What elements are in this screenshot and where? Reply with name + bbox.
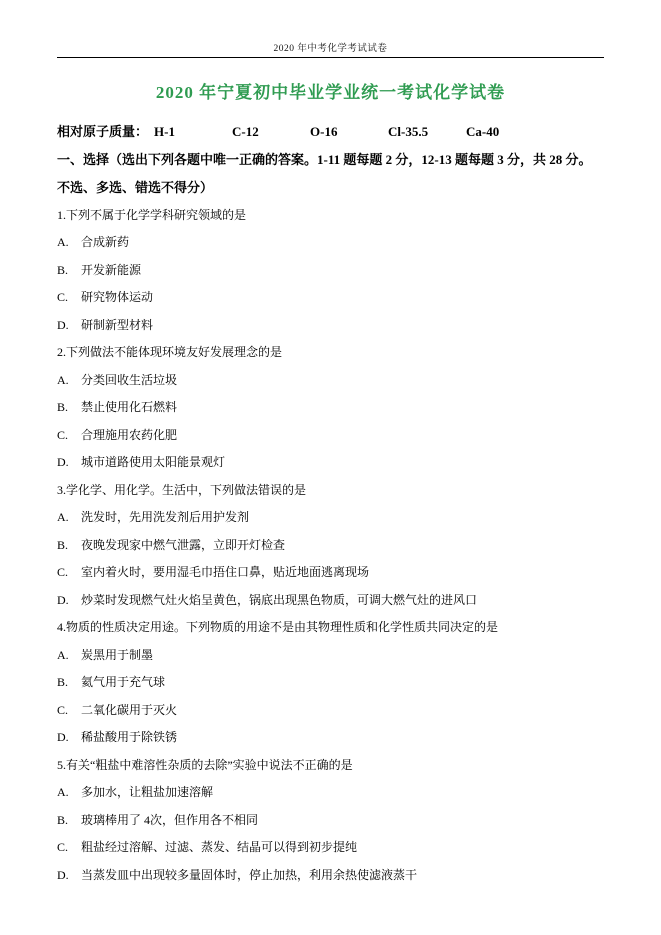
page-header-title: 2020 年中考化学考试试卷 (57, 40, 604, 54)
option-letter: B. (57, 669, 72, 697)
option-text: 洗发时，先用洗发剂后用护发剂 (81, 510, 249, 524)
option-letter: A. (57, 367, 72, 395)
option-text: 玻璃棒用了 4次，但作用各不相同 (81, 813, 258, 827)
question-5-option-a: A.多加水，让粗盐加速溶解 (57, 779, 604, 807)
question-3: 3.学化学、用化学。生活中，下列做法错误的是 A.洗发时，先用洗发剂后用护发剂 … (57, 477, 604, 615)
option-text: 城市道路使用太阳能景观灯 (81, 455, 225, 469)
question-5: 5.有关“粗盐中难溶性杂质的去除”实验中说法不正确的是 A.多加水，让粗盐加速溶… (57, 752, 604, 890)
question-2-option-d: D.城市道路使用太阳能景观灯 (57, 449, 604, 477)
option-text: 室内着火时，要用湿毛巾捂住口鼻，贴近地面逃离现场 (81, 565, 369, 579)
option-text: 稀盐酸用于除铁锈 (81, 730, 177, 744)
option-letter: B. (57, 532, 72, 560)
atomic-mass-value-cl: Cl-35.5 (388, 118, 466, 146)
option-letter: C. (57, 834, 72, 862)
option-text: 氦气用于充气球 (81, 675, 165, 689)
option-letter: B. (57, 807, 72, 835)
question-3-stem: 3.学化学、用化学。生活中，下列做法错误的是 (57, 477, 604, 505)
document-title: 2020 年宁夏初中毕业学业统一考试化学试卷 (57, 78, 604, 103)
question-1-stem: 1.下列不属于化学学科研究领域的是 (57, 202, 604, 230)
question-4-stem: 4.物质的性质决定用途。下列物质的用途不是由其物理性质和化学性质共同决定的是 (57, 614, 604, 642)
option-letter: B. (57, 394, 72, 422)
option-letter: D. (57, 587, 72, 615)
question-5-option-b: B.玻璃棒用了 4次，但作用各不相同 (57, 807, 604, 835)
option-text: 当蒸发皿中出现较多量固体时，停止加热，利用余热使滤液蒸干 (81, 868, 417, 882)
option-letter: C. (57, 697, 72, 725)
question-4-option-b: B.氦气用于充气球 (57, 669, 604, 697)
option-letter: B. (57, 257, 72, 285)
option-text: 炒菜时发现燃气灶火焰呈黄色，锅底出现黑色物质，可调大燃气灶的进风口 (81, 593, 477, 607)
question-2: 2.下列做法不能体现环境友好发展理念的是 A.分类回收生活垃圾 B.禁止使用化石… (57, 339, 604, 477)
header-divider (57, 57, 604, 58)
question-5-stem: 5.有关“粗盐中难溶性杂质的去除”实验中说法不正确的是 (57, 752, 604, 780)
question-5-option-d: D.当蒸发皿中出现较多量固体时，停止加热，利用余热使滤液蒸干 (57, 862, 604, 890)
atomic-mass-label: 相对原子质量： (57, 124, 148, 139)
section-heading-line2: 不选、多选、错选不得分） (57, 174, 604, 202)
question-1-option-a: A.合成新药 (57, 229, 604, 257)
question-3-option-b: B.夜晚发现家中燃气泄露，立即开灯检查 (57, 532, 604, 560)
option-text: 夜晚发现家中燃气泄露，立即开灯检查 (81, 538, 285, 552)
question-2-option-b: B.禁止使用化石燃料 (57, 394, 604, 422)
option-text: 多加水，让粗盐加速溶解 (81, 785, 213, 799)
option-letter: D. (57, 312, 72, 340)
option-letter: D. (57, 862, 72, 890)
atomic-mass-value-h: H-1 (154, 118, 232, 146)
option-letter: A. (57, 504, 72, 532)
question-3-option-a: A.洗发时，先用洗发剂后用护发剂 (57, 504, 604, 532)
option-letter: C. (57, 422, 72, 450)
option-text: 禁止使用化石燃料 (81, 400, 177, 414)
option-text: 研究物体运动 (81, 290, 153, 304)
question-1-option-c: C.研究物体运动 (57, 284, 604, 312)
atomic-mass-row: 相对原子质量：H-1C-12O-16Cl-35.5Ca-40 (57, 118, 604, 146)
option-text: 粗盐经过溶解、过滤、蒸发、结晶可以得到初步提纯 (81, 840, 357, 854)
exam-page: 2020 年中考化学考试试卷 2020 年宁夏初中毕业学业统一考试化学试卷 相对… (0, 0, 661, 935)
atomic-mass-value-c: C-12 (232, 118, 310, 146)
question-1-option-b: B.开发新能源 (57, 257, 604, 285)
question-4-option-d: D.稀盐酸用于除铁锈 (57, 724, 604, 752)
option-text: 开发新能源 (81, 263, 141, 277)
option-text: 合成新药 (81, 235, 129, 249)
option-letter: C. (57, 284, 72, 312)
section-heading-line1: 一、选择（选出下列各题中唯一正确的答案。1-11 题每题 2 分，12-13 题… (57, 146, 604, 174)
option-text: 分类回收生活垃圾 (81, 373, 177, 387)
atomic-mass-value-o: O-16 (310, 118, 388, 146)
option-text: 炭黑用于制墨 (81, 648, 153, 662)
option-text: 合理施用农药化肥 (81, 428, 177, 442)
option-text: 研制新型材料 (81, 318, 153, 332)
question-1: 1.下列不属于化学学科研究领域的是 A.合成新药 B.开发新能源 C.研究物体运… (57, 202, 604, 340)
question-3-option-d: D.炒菜时发现燃气灶火焰呈黄色，锅底出现黑色物质，可调大燃气灶的进风口 (57, 587, 604, 615)
question-2-stem: 2.下列做法不能体现环境友好发展理念的是 (57, 339, 604, 367)
question-2-option-c: C.合理施用农药化肥 (57, 422, 604, 450)
question-1-option-d: D.研制新型材料 (57, 312, 604, 340)
atomic-mass-value-ca: Ca-40 (466, 118, 499, 146)
option-letter: A. (57, 642, 72, 670)
question-3-option-c: C.室内着火时，要用湿毛巾捂住口鼻，贴近地面逃离现场 (57, 559, 604, 587)
option-letter: C. (57, 559, 72, 587)
option-letter: D. (57, 449, 72, 477)
question-2-option-a: A.分类回收生活垃圾 (57, 367, 604, 395)
option-letter: A. (57, 779, 72, 807)
option-letter: A. (57, 229, 72, 257)
page-header: 2020 年中考化学考试试卷 (57, 0, 604, 58)
option-letter: D. (57, 724, 72, 752)
question-4: 4.物质的性质决定用途。下列物质的用途不是由其物理性质和化学性质共同决定的是 A… (57, 614, 604, 752)
option-text: 二氧化碳用于灭火 (81, 703, 177, 717)
question-4-option-a: A.炭黑用于制墨 (57, 642, 604, 670)
question-4-option-c: C.二氧化碳用于灭火 (57, 697, 604, 725)
question-5-option-c: C.粗盐经过溶解、过滤、蒸发、结晶可以得到初步提纯 (57, 834, 604, 862)
